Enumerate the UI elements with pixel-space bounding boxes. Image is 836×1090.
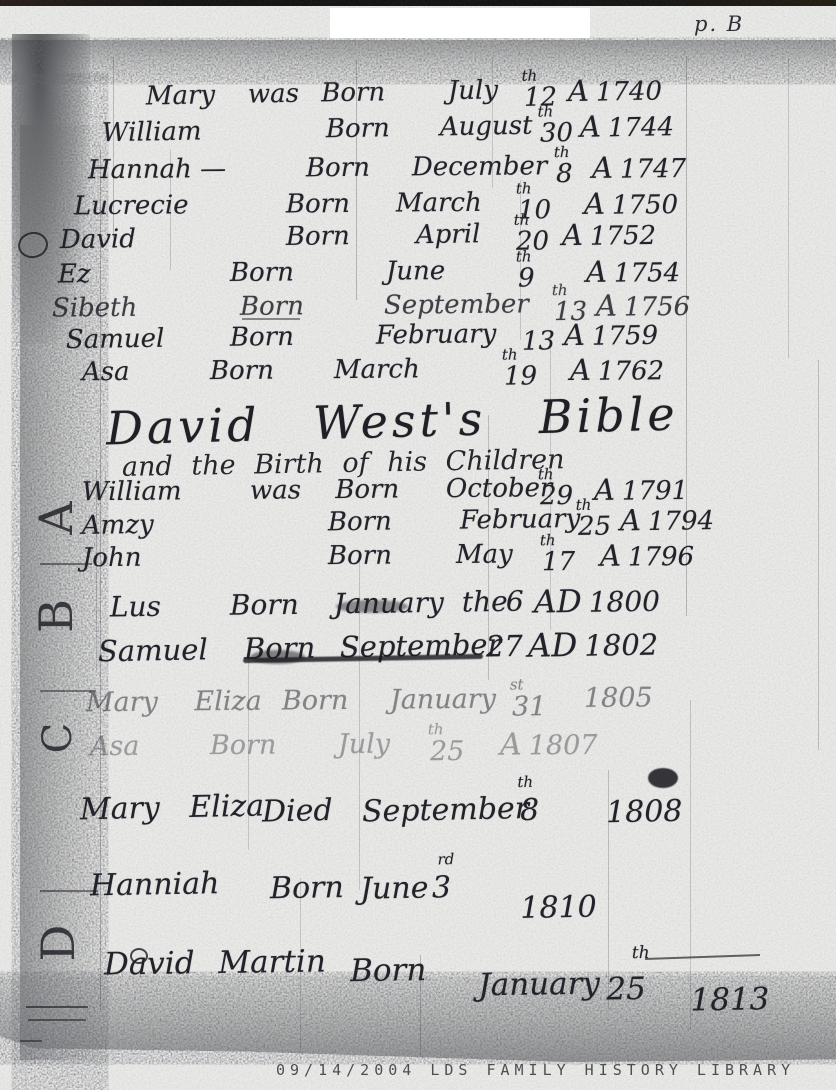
record-day-suffix: th: [554, 143, 570, 161]
record-day: th25: [606, 971, 646, 1008]
whiteout-box: [330, 8, 590, 38]
record-day-number: 6: [506, 585, 524, 618]
record-year-prefix: A: [620, 503, 642, 537]
record-year-prefix: A: [586, 255, 607, 289]
record-year-value: 1805: [584, 682, 653, 714]
record-year-value: 1802: [584, 628, 658, 663]
scan-edge-bar: [0, 0, 836, 6]
record-row: Mary Eliza Died September th8 1808: [0, 776, 836, 835]
record-day-number: 31: [512, 691, 547, 722]
record-verb: was Born: [250, 475, 400, 506]
record-verb: Born: [328, 507, 392, 538]
record-year: 1813: [690, 981, 769, 1018]
record-day: th25: [430, 736, 465, 767]
record-row: Asa Born July th25 A1807: [0, 725, 836, 774]
record-month: September: [384, 289, 529, 320]
record-year: 1808: [606, 794, 683, 831]
record-month: July: [338, 729, 390, 760]
record-name: Amzy: [82, 510, 154, 541]
record-year-value: 1759: [592, 321, 659, 352]
record-month: September: [362, 791, 530, 829]
ink-smudge: [250, 650, 305, 664]
scanned-bible-record-page: p. B A B C D Mary was Born July th12 A17…: [0, 0, 836, 1090]
record-year-prefix: A: [580, 110, 602, 144]
margin-tick: [20, 1040, 42, 1042]
record-year: A1759: [564, 317, 659, 352]
record-year-prefix: A: [570, 353, 591, 387]
record-verb: Died: [262, 793, 333, 829]
record-year-value: 1752: [590, 221, 657, 252]
record-verb: Born: [326, 113, 390, 144]
record-name: Mary: [146, 80, 216, 111]
record-verb: Born: [230, 257, 294, 288]
record-year-value: 1800: [588, 585, 660, 619]
record-row: Mary Eliza Born January st31 1805: [0, 681, 836, 730]
record-verb: Born: [282, 685, 349, 717]
record-day-suffix: th: [516, 179, 532, 197]
record-day: 27: [486, 629, 523, 664]
scan-footer-caption: 09/14/2004 LDS FAMILY HISTORY LIBRARY: [276, 1061, 795, 1079]
record-name: Samuel: [66, 324, 165, 355]
record-name: John: [82, 543, 142, 574]
record-day: st31: [512, 691, 547, 722]
record-day: 13: [522, 326, 556, 356]
page-number-annotation: p. B: [694, 12, 744, 36]
record-name: Hanniah: [90, 866, 220, 903]
record-year-prefix: AD: [528, 626, 578, 665]
record-day-number: 25: [578, 511, 612, 541]
record-name: Sibeth: [52, 293, 138, 324]
record-year: A1794: [620, 502, 715, 537]
record-year-prefix: A: [562, 218, 584, 252]
record-month: March: [396, 188, 482, 219]
margin-tick: [28, 1019, 86, 1021]
record-day-suffix: th: [516, 247, 532, 265]
record-day-number: 3: [432, 870, 452, 905]
record-year-prefix: A: [592, 151, 613, 185]
record-day-suffix: th: [576, 496, 592, 514]
record-month: March: [334, 354, 420, 385]
record-name: Samuel: [98, 632, 208, 668]
record-year-value: 1754: [614, 258, 680, 289]
record-year-value: 1813: [690, 981, 769, 1018]
record-name: Mary Eliza: [86, 686, 262, 719]
record-day: th8: [520, 793, 540, 828]
record-month: April: [416, 219, 481, 250]
record-name: Lus: [110, 590, 161, 624]
record-year: A1744: [580, 108, 675, 144]
record-year-value: 1807: [529, 730, 598, 762]
record-year-prefix: AD: [534, 584, 582, 621]
record-day-number: 19: [504, 361, 537, 391]
margin-tick: [26, 1006, 88, 1008]
record-name: David Martin: [104, 943, 326, 982]
record-row: Hanniah Born June rd3 1810: [0, 855, 836, 912]
record-month: February: [460, 504, 581, 536]
record-day-suffix: th: [552, 281, 568, 299]
record-month: January: [390, 684, 496, 716]
record-day-number: 25: [606, 971, 646, 1008]
record-day-suffix: th: [537, 102, 553, 120]
record-day-suffix: th: [521, 67, 537, 85]
record-year: A1747: [592, 150, 686, 185]
record-verb: Born: [210, 730, 277, 762]
record-year-value: 1747: [620, 154, 686, 185]
record-name: Lucrecie: [74, 190, 189, 221]
record-day-suffix: th: [502, 345, 518, 363]
record-year: A1750: [584, 186, 678, 221]
record-year: A1754: [586, 254, 680, 289]
record-verb: Born: [230, 588, 299, 622]
record-day-number: 13: [522, 326, 556, 356]
ink-smudge: [336, 600, 408, 613]
record-year: A1807: [500, 727, 598, 763]
record-name: David: [60, 224, 136, 255]
record-day: rd3: [432, 870, 452, 905]
record-verb: Born: [210, 356, 274, 387]
record-year-value: 1796: [628, 542, 694, 573]
record-verb: Born: [306, 153, 370, 184]
record-connector: the: [462, 585, 508, 619]
record-verb: Born: [270, 870, 344, 906]
record-day-number: 17: [542, 547, 575, 577]
record-month: June: [386, 256, 446, 287]
record-verb: Born: [286, 221, 350, 252]
record-month: August: [440, 111, 533, 143]
record-row: David Martin Born January th25 1813: [0, 936, 836, 990]
record-year-value: 1762: [598, 356, 664, 387]
record-name: William: [82, 476, 182, 507]
record-day-suffix: th: [514, 211, 530, 229]
record-verb: Born: [350, 952, 427, 989]
record-day: th25: [578, 511, 612, 541]
record-day-number: 25: [430, 736, 465, 767]
record-year: A1740: [568, 72, 663, 108]
record-day-suffix: rd: [437, 850, 454, 868]
record-year: 1805: [584, 682, 653, 714]
record-month: July: [448, 75, 499, 106]
record-name: William: [102, 116, 202, 148]
record-day-number: 27: [486, 629, 523, 664]
record-year-prefix: A: [594, 473, 615, 507]
record-day: 6: [506, 585, 524, 618]
record-month: December: [412, 151, 548, 182]
record-day-suffix: st: [510, 675, 524, 693]
record-day-suffix: th: [540, 531, 556, 549]
record-day-suffix: th: [428, 720, 444, 738]
record-year: A1796: [600, 538, 694, 573]
record-day: th8: [556, 159, 573, 189]
record-year: A1752: [562, 217, 657, 252]
record-day: th19: [504, 361, 537, 391]
record-name: Mary Eliza: [80, 788, 265, 827]
record-verb: was Born: [248, 77, 386, 109]
record-day: th17: [542, 547, 575, 577]
record-year-prefix: A: [500, 727, 522, 762]
record-month: February: [376, 319, 497, 351]
record-month: May: [456, 540, 513, 570]
record-day-suffix: th: [632, 943, 650, 963]
record-day-number: 8: [556, 159, 573, 189]
record-month: January: [478, 966, 600, 1004]
record-year: AD1802: [528, 625, 659, 665]
record-year: A1762: [570, 352, 664, 387]
record-year-value: 1808: [606, 794, 683, 831]
record-year-prefix: A: [564, 318, 586, 352]
record-year: AD1800: [534, 583, 661, 621]
record-year: 1810: [520, 890, 597, 926]
record-name: Hannah —: [88, 154, 226, 185]
record-name: Asa: [90, 731, 140, 762]
record-name: Asa: [82, 357, 130, 387]
record-verb: Born: [230, 322, 294, 353]
record-year-value: 1810: [520, 890, 597, 926]
record-day-suffix: th: [517, 773, 533, 791]
record-year-prefix: A: [568, 74, 590, 108]
record-year-value: 1794: [648, 506, 715, 537]
record-year-value: 1740: [596, 76, 663, 107]
record-day-number: 8: [520, 793, 540, 828]
record-year-prefix: A: [584, 187, 605, 221]
record-row: John Born May th17 A1796: [0, 537, 836, 586]
record-name: Ez: [58, 259, 91, 289]
record-verb: Born: [286, 189, 350, 220]
record-verb: Born: [328, 541, 392, 572]
record-month: October: [446, 473, 553, 504]
record-year-value: 1744: [608, 112, 675, 143]
underline-mark: [242, 318, 300, 320]
record-day-suffix: th: [538, 465, 554, 483]
record-year-prefix: A: [600, 539, 621, 573]
record-month: June: [360, 871, 429, 907]
